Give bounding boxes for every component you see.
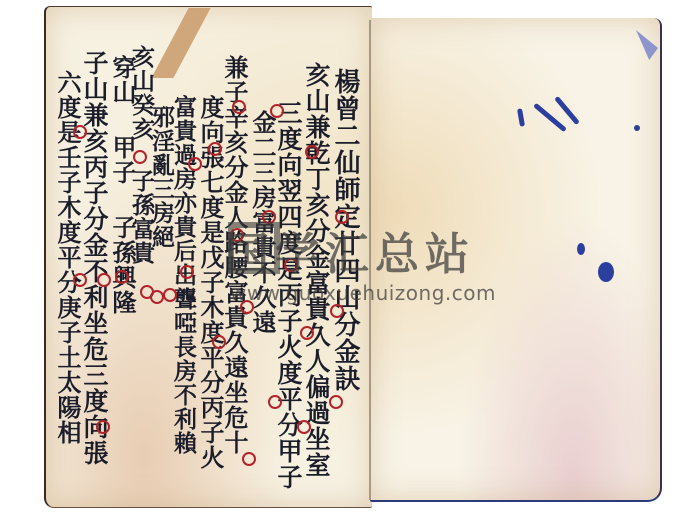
red-punctuation-mark bbox=[212, 335, 226, 349]
red-punctuation-mark bbox=[297, 420, 311, 434]
red-punctuation-mark bbox=[268, 395, 282, 409]
red-punctuation-mark bbox=[208, 142, 222, 156]
red-punctuation-mark bbox=[270, 104, 284, 118]
blue-ink-dot bbox=[634, 125, 640, 131]
red-punctuation-mark bbox=[329, 395, 343, 409]
red-punctuation-mark bbox=[96, 420, 110, 434]
red-punctuation-mark bbox=[73, 125, 87, 139]
blue-ink-blot bbox=[598, 262, 614, 282]
red-punctuation-mark bbox=[232, 100, 246, 114]
watermark-url: www.guoxuehuizong.com bbox=[230, 281, 496, 305]
red-punctuation-mark bbox=[300, 326, 314, 340]
red-punctuation-mark bbox=[115, 270, 129, 284]
blue-ink-dot bbox=[577, 243, 585, 255]
red-punctuation-mark bbox=[73, 273, 87, 287]
red-punctuation-mark bbox=[188, 157, 202, 171]
red-punctuation-mark bbox=[242, 452, 256, 466]
red-punctuation-mark bbox=[97, 273, 111, 287]
red-punctuation-mark bbox=[305, 145, 319, 159]
watermark-title: 国学汇总站 bbox=[225, 218, 475, 282]
red-punctuation-mark bbox=[133, 150, 147, 164]
red-punctuation-mark bbox=[180, 265, 194, 279]
red-punctuation-mark bbox=[140, 285, 154, 299]
text-column-11: 子山兼亥丙子分金不利坐危三度向張 bbox=[82, 50, 107, 466]
red-punctuation-mark bbox=[330, 304, 344, 318]
red-punctuation-mark bbox=[163, 288, 177, 302]
